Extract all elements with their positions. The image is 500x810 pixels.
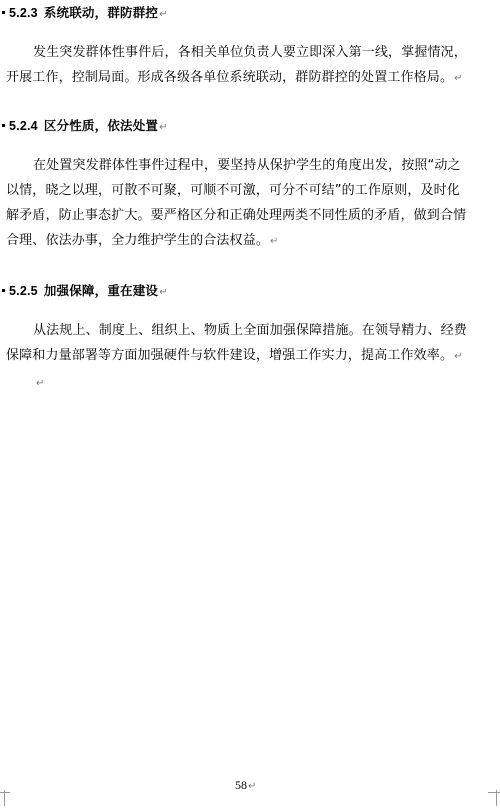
margin-corner-bottom-right-h: [488, 792, 500, 793]
section-heading-5-2-4: 5.2.4区分性质，依法处置↵: [2, 118, 168, 136]
paragraph-mark-icon: ↵: [270, 236, 279, 247]
paragraph-line: 以情，晓之以理，可散不可聚，可顺不可激，可分不可结”的工作原则，及时化: [6, 178, 480, 203]
section-paragraph-5-2-5: 从法规上、制度上、组织上、物质上全面加强保障措施。在领导精力、经费 保障和力量部…: [6, 318, 480, 369]
section-title: 系统联动，群防群控: [44, 5, 158, 20]
section-title: 区分性质，依法处置: [44, 118, 158, 133]
section-number: 5.2.4: [9, 119, 38, 133]
paragraph-line: 保障和力量部署等方面加强硬件与软件建设，增强工作实力，提高工作效率。↵: [6, 343, 480, 369]
paragraph-line: 在处置突发群体性事件过程中，要坚持从保护学生的角度出发，按照“动之: [6, 153, 480, 178]
margin-corner-bottom-left-h: [0, 792, 10, 793]
section-title: 加强保障，重在建设: [44, 283, 158, 298]
section-paragraph-5-2-4: 在处置突发群体性事件过程中，要坚持从保护学生的角度出发，按照“动之 以情，晓之以…: [6, 153, 480, 254]
heading-bullet-icon: [2, 124, 5, 127]
paragraph-mark-icon: ↵: [248, 781, 256, 792]
section-paragraph-5-2-3: 发生突发群体性事件后，各相关单位负责人要立即深入第一线，掌握情况， 开展工作，控…: [6, 40, 480, 91]
paragraph-line: 解矛盾，防止事态扩大。要严格区分和正确处理两类不同性质的矛盾，做到合情: [6, 203, 480, 228]
heading-bullet-icon: [2, 11, 5, 14]
empty-paragraph-mark-icon: ↵: [36, 378, 44, 389]
section-number: 5.2.5: [9, 284, 38, 298]
section-heading-5-2-5: 5.2.5加强保障，重在建设↵: [2, 283, 168, 301]
page-number: 58↵: [235, 778, 256, 793]
paragraph-mark-icon: ↵: [159, 122, 168, 133]
paragraph-line: 发生突发群体性事件后，各相关单位负责人要立即深入第一线，掌握情况，: [6, 40, 480, 65]
paragraph-mark-icon: ↵: [159, 287, 168, 298]
paragraph-mark-icon: ↵: [159, 9, 168, 20]
section-number: 5.2.3: [9, 6, 38, 20]
section-heading-5-2-3: 5.2.3系统联动，群防群控↵: [2, 5, 168, 23]
paragraph-line: 合理、依法办事，全力维护学生的合法权益。↵: [6, 228, 480, 254]
paragraph-line: 开展工作，控制局面。形成各级各单位系统联动，群防群控的处置工作格局。↵: [6, 65, 480, 91]
paragraph-mark-icon: ↵: [454, 73, 463, 84]
document-page: 5.2.3系统联动，群防群控↵ 发生突发群体性事件后，各相关单位负责人要立即深入…: [0, 0, 500, 810]
heading-bullet-icon: [2, 289, 5, 292]
paragraph-mark-icon: ↵: [454, 351, 463, 362]
paragraph-line: 从法规上、制度上、组织上、物质上全面加强保障措施。在领导精力、经费: [6, 318, 480, 343]
